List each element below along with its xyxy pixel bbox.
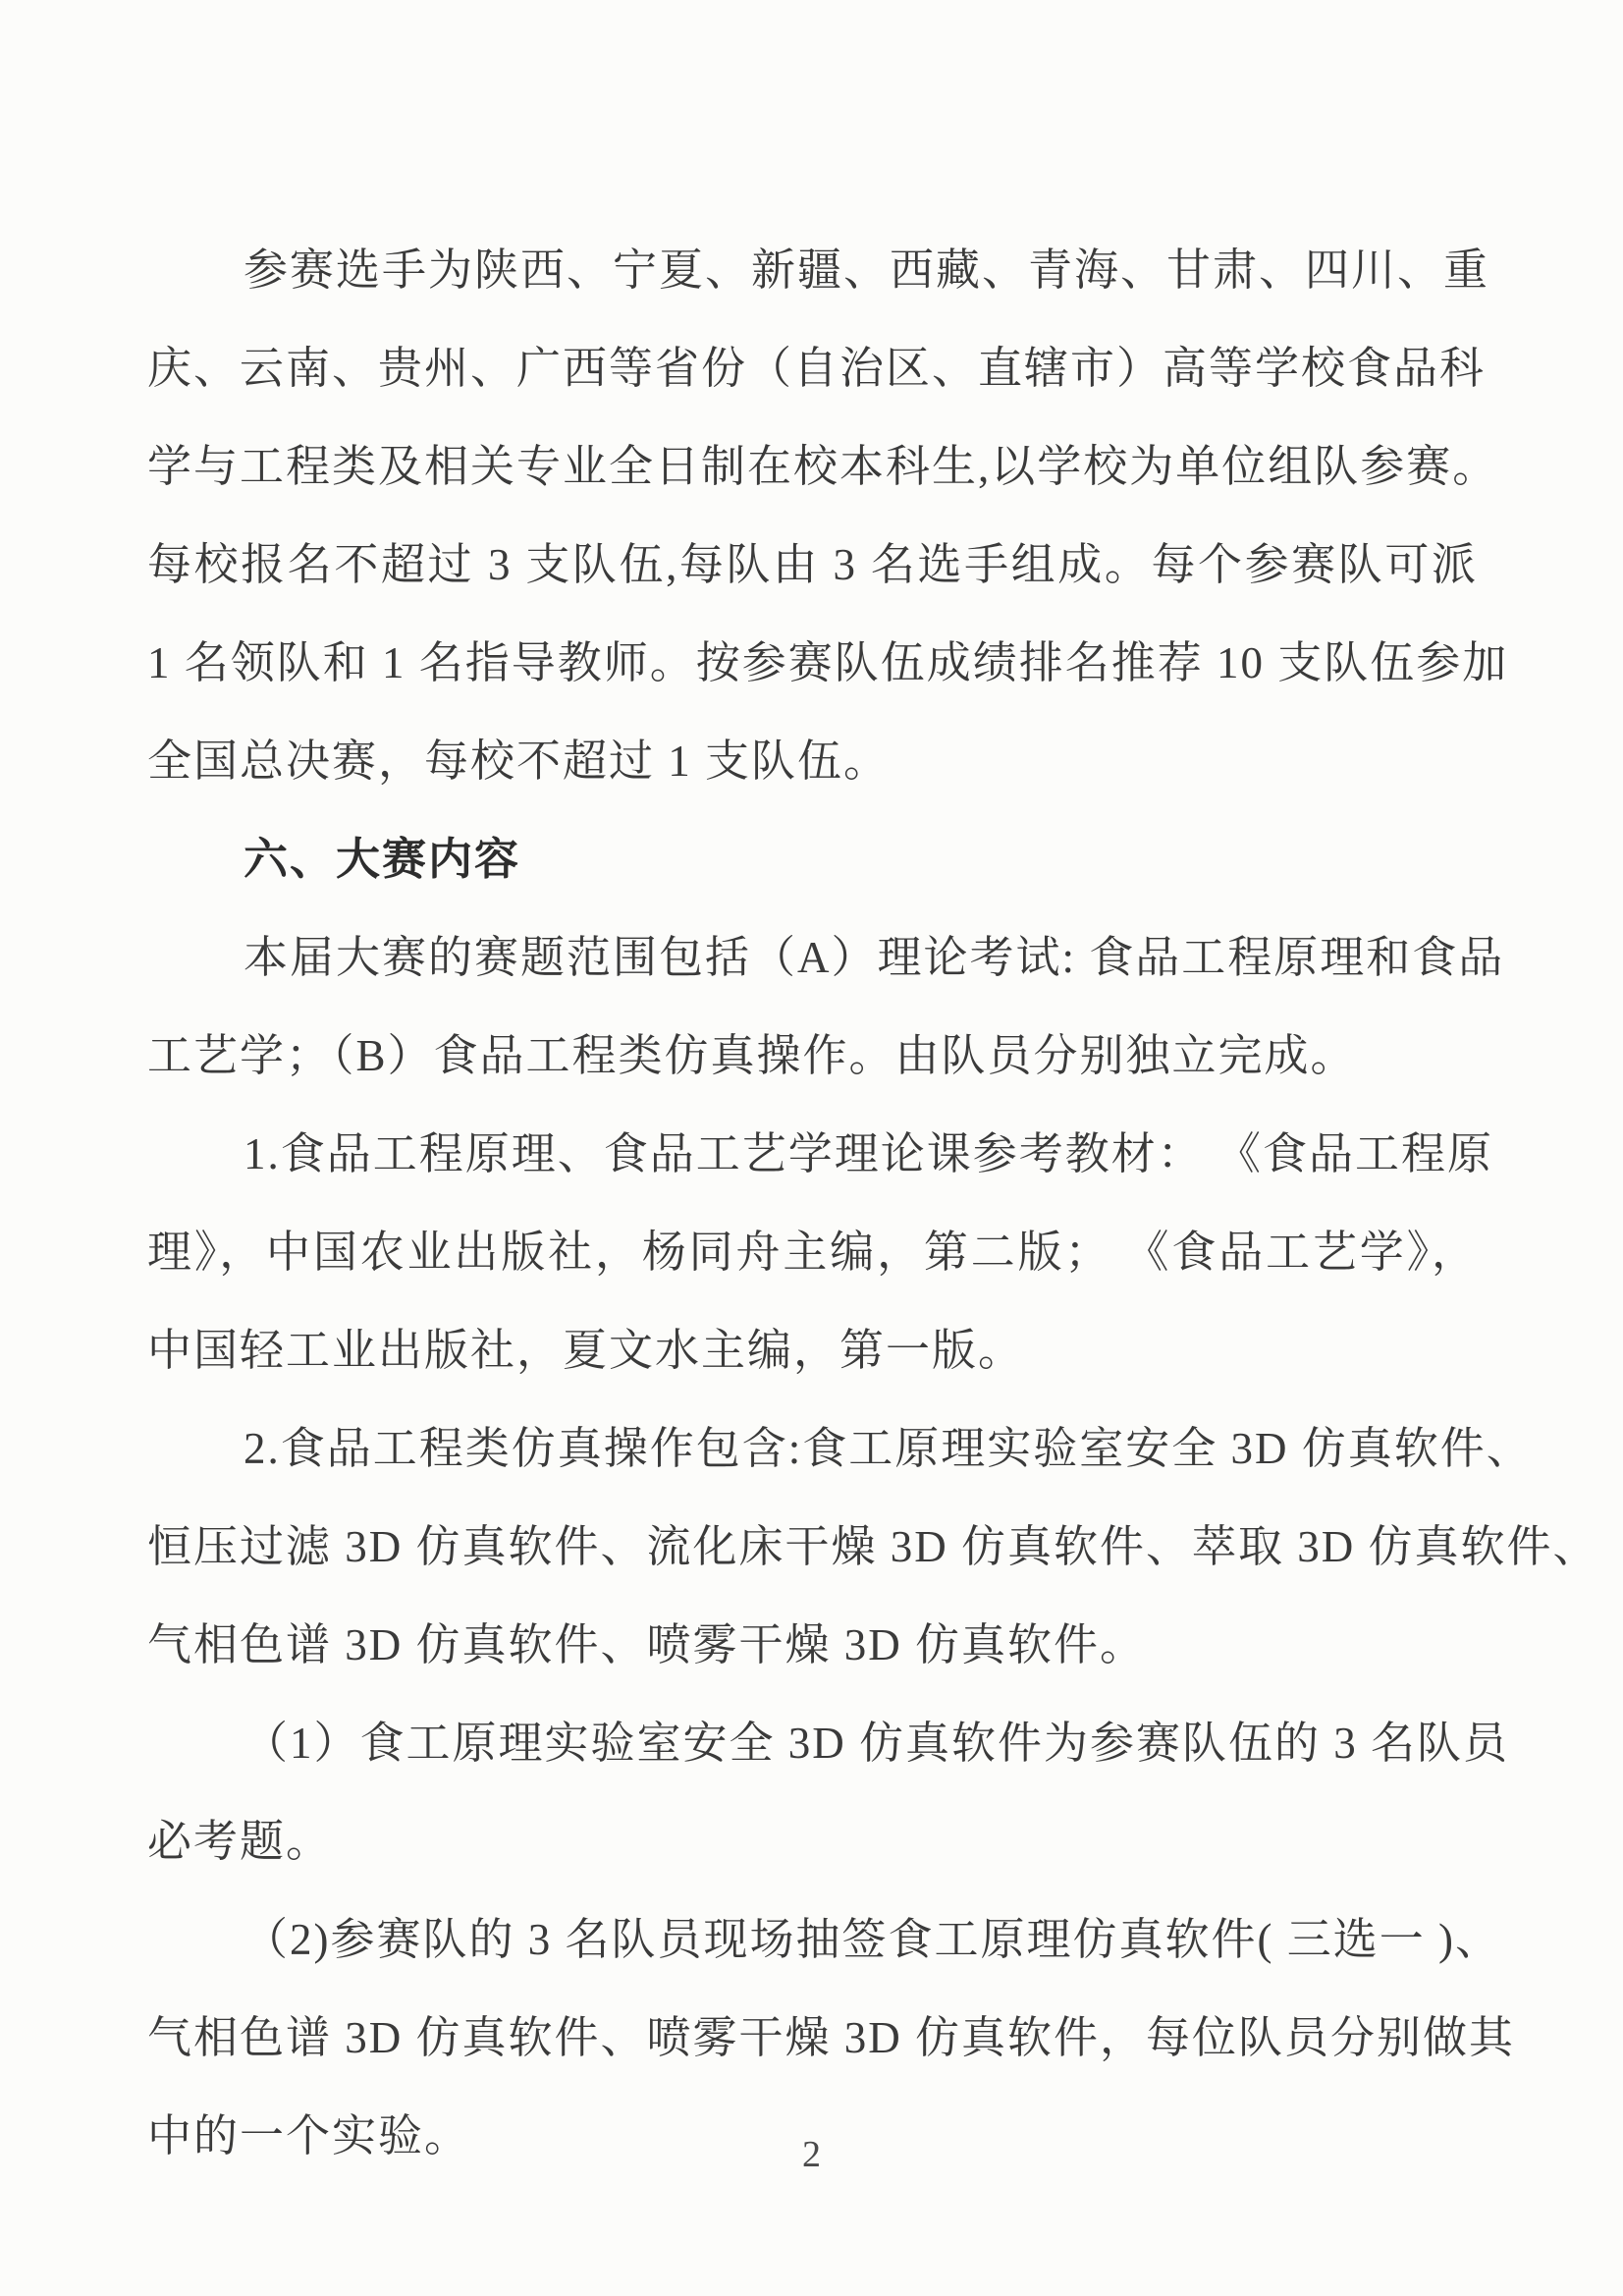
text-line: 必考题。 (147, 1792, 1478, 1890)
document-page: 参赛选手为陕西、宁夏、新疆、西藏、青海、甘肃、四川、重 庆、云南、贵州、广西等省… (0, 0, 1623, 2296)
text-line: 2.食品工程类仿真操作包含:食工原理实验室安全 3D 仿真软件、 (147, 1399, 1478, 1498)
text-line: 全国总决赛，每校不超过 1 支队伍。 (147, 712, 1478, 810)
text-line: 参赛选手为陕西、宁夏、新疆、西藏、青海、甘肃、四川、重 (147, 221, 1478, 319)
text-line: 庆、云南、贵州、广西等省份（自治区、直辖市）高等学校食品科 (147, 319, 1478, 417)
paragraph-participants: 参赛选手为陕西、宁夏、新疆、西藏、青海、甘肃、四川、重 庆、云南、贵州、广西等省… (147, 221, 1478, 810)
text-line: 气相色谱 3D 仿真软件、喷雾干燥 3D 仿真软件。 (147, 1596, 1478, 1694)
text-line: 1.食品工程原理、食品工艺学理论课参考教材： 《食品工程原 (147, 1105, 1478, 1203)
text-line: 每校报名不超过 3 支队伍,每队由 3 名选手组成。每个参赛队可派 (147, 516, 1478, 614)
text-line: （2)参赛队的 3 名队员现场抽签食工原理仿真软件( 三选一 )、 (147, 1890, 1478, 1989)
text-line: 中国轻工业出版社，夏文水主编，第一版。 (147, 1301, 1478, 1399)
paragraph-contest-scope: 本届大赛的赛题范围包括（A）理论考试: 食品工程原理和食品 工艺学；（B）食品工… (147, 908, 1478, 1105)
text-line: 本届大赛的赛题范围包括（A）理论考试: 食品工程原理和食品 (147, 908, 1478, 1007)
text-line: 工艺学；（B）食品工程类仿真操作。由队员分别独立完成。 (147, 1007, 1478, 1105)
section-six: 六、大赛内容 (147, 810, 1478, 908)
page-number: 2 (0, 2133, 1623, 2178)
document-body: 参赛选手为陕西、宁夏、新疆、西藏、青海、甘肃、四川、重 庆、云南、贵州、广西等省… (147, 221, 1478, 2185)
text-line: （1）食工原理实验室安全 3D 仿真软件为参赛队伍的 3 名队员 (147, 1694, 1478, 1792)
paragraph-mandatory-exam: （1）食工原理实验室安全 3D 仿真软件为参赛队伍的 3 名队员 必考题。 (147, 1694, 1478, 1890)
paragraph-reference-textbooks: 1.食品工程原理、食品工艺学理论课参考教材： 《食品工程原 理》，中国农业出版社… (147, 1105, 1478, 1399)
text-line: 气相色谱 3D 仿真软件、喷雾干燥 3D 仿真软件，每位队员分别做其 (147, 1989, 1478, 2087)
text-line: 1 名领队和 1 名指导教师。按参赛队伍成绩排名推荐 10 支队伍参加 (147, 614, 1478, 712)
section-heading: 六、大赛内容 (147, 810, 1478, 908)
text-line: 学与工程类及相关专业全日制在校本科生,以学校为单位组队参赛。 (147, 417, 1478, 516)
text-line: 恒压过滤 3D 仿真软件、流化床干燥 3D 仿真软件、萃取 3D 仿真软件、 (147, 1498, 1478, 1596)
text-line: 理》，中国农业出版社，杨同舟主编，第二版； 《食品工艺学》， (147, 1203, 1478, 1301)
paragraph-simulation-software: 2.食品工程类仿真操作包含:食工原理实验室安全 3D 仿真软件、 恒压过滤 3D… (147, 1399, 1478, 1694)
